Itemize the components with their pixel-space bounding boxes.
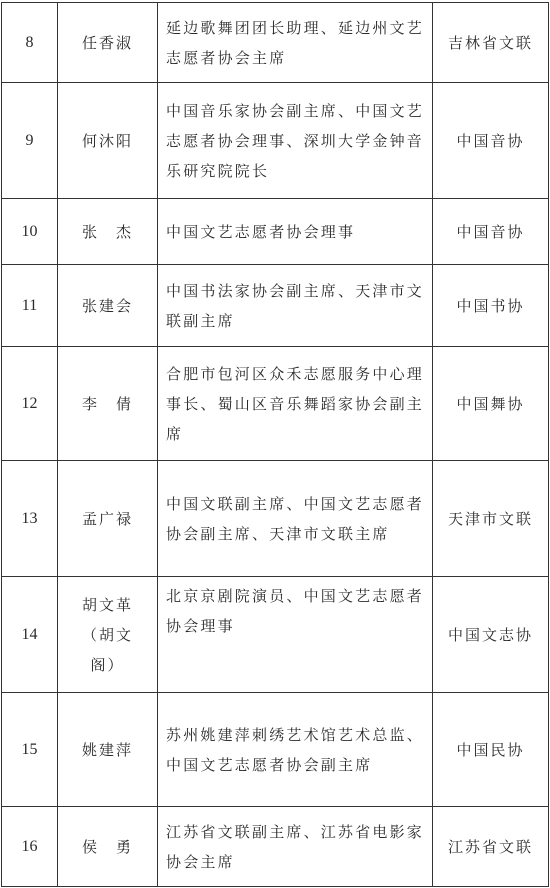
row-number: 13 (2, 461, 58, 577)
member-organization: 江苏省文联 (433, 807, 549, 887)
member-name: 胡文革（胡文阁） (58, 577, 158, 693)
table-row: 11 张建会 中国书法家协会副主席、天津市文联副主席 中国书协 (2, 265, 549, 347)
table-row: 16 侯 勇 江苏省文联副主席、江苏省电影家协会主席 江苏省文联 (2, 807, 549, 887)
member-position: 中国书法家协会副主席、天津市文联副主席 (158, 265, 433, 347)
table-row: 14 胡文革（胡文阁） 北京京剧院演员、中国文艺志愿者协会理事 中国文志协 (2, 577, 549, 693)
member-organization: 中国舞协 (433, 347, 549, 461)
member-organization: 中国音协 (433, 199, 549, 265)
member-organization: 中国文志协 (433, 577, 549, 693)
member-name: 姚建萍 (58, 693, 158, 807)
row-number: 12 (2, 347, 58, 461)
table-row: 15 姚建萍 苏州姚建萍刺绣艺术馆艺术总监、中国文艺志愿者协会副主席 中国民协 (2, 693, 549, 807)
table-row: 10 张 杰 中国文艺志愿者协会理事 中国音协 (2, 199, 549, 265)
row-number: 9 (2, 83, 58, 199)
member-name: 张 杰 (58, 199, 158, 265)
table-row: 12 李 倩 合肥市包河区众禾志愿服务中心理事长、蜀山区音乐舞蹈家协会副主席 中… (2, 347, 549, 461)
member-name: 任香淑 (58, 3, 158, 83)
members-table: 8 任香淑 延边歌舞团团长助理、延边州文艺志愿者协会主席 吉林省文联 9 何沐阳… (1, 2, 549, 887)
member-position: 延边歌舞团团长助理、延边州文艺志愿者协会主席 (158, 3, 433, 83)
row-number: 8 (2, 3, 58, 83)
member-name: 孟广禄 (58, 461, 158, 577)
member-position: 中国音乐家协会副主席、中国文艺志愿者协会理事、深圳大学金钟音乐研究院院长 (158, 83, 433, 199)
row-number: 16 (2, 807, 58, 887)
member-position: 北京京剧院演员、中国文艺志愿者协会理事 (158, 577, 433, 693)
member-position: 合肥市包河区众禾志愿服务中心理事长、蜀山区音乐舞蹈家协会副主席 (158, 347, 433, 461)
member-organization: 吉林省文联 (433, 3, 549, 83)
row-number: 11 (2, 265, 58, 347)
table-row: 13 孟广禄 中国文联副主席、中国文艺志愿者协会副主席、天津市文联主席 天津市文… (2, 461, 549, 577)
member-position: 中国文联副主席、中国文艺志愿者协会副主席、天津市文联主席 (158, 461, 433, 577)
member-organization: 中国书协 (433, 265, 549, 347)
row-number: 10 (2, 199, 58, 265)
member-name: 李 倩 (58, 347, 158, 461)
member-position: 江苏省文联副主席、江苏省电影家协会主席 (158, 807, 433, 887)
member-name: 侯 勇 (58, 807, 158, 887)
table-row: 8 任香淑 延边歌舞团团长助理、延边州文艺志愿者协会主席 吉林省文联 (2, 3, 549, 83)
member-position: 中国文艺志愿者协会理事 (158, 199, 433, 265)
table-row: 9 何沐阳 中国音乐家协会副主席、中国文艺志愿者协会理事、深圳大学金钟音乐研究院… (2, 83, 549, 199)
member-position: 苏州姚建萍刺绣艺术馆艺术总监、中国文艺志愿者协会副主席 (158, 693, 433, 807)
member-organization: 中国民协 (433, 693, 549, 807)
row-number: 14 (2, 577, 58, 693)
member-name: 何沐阳 (58, 83, 158, 199)
member-name: 张建会 (58, 265, 158, 347)
row-number: 15 (2, 693, 58, 807)
member-organization: 天津市文联 (433, 461, 549, 577)
member-organization: 中国音协 (433, 83, 549, 199)
